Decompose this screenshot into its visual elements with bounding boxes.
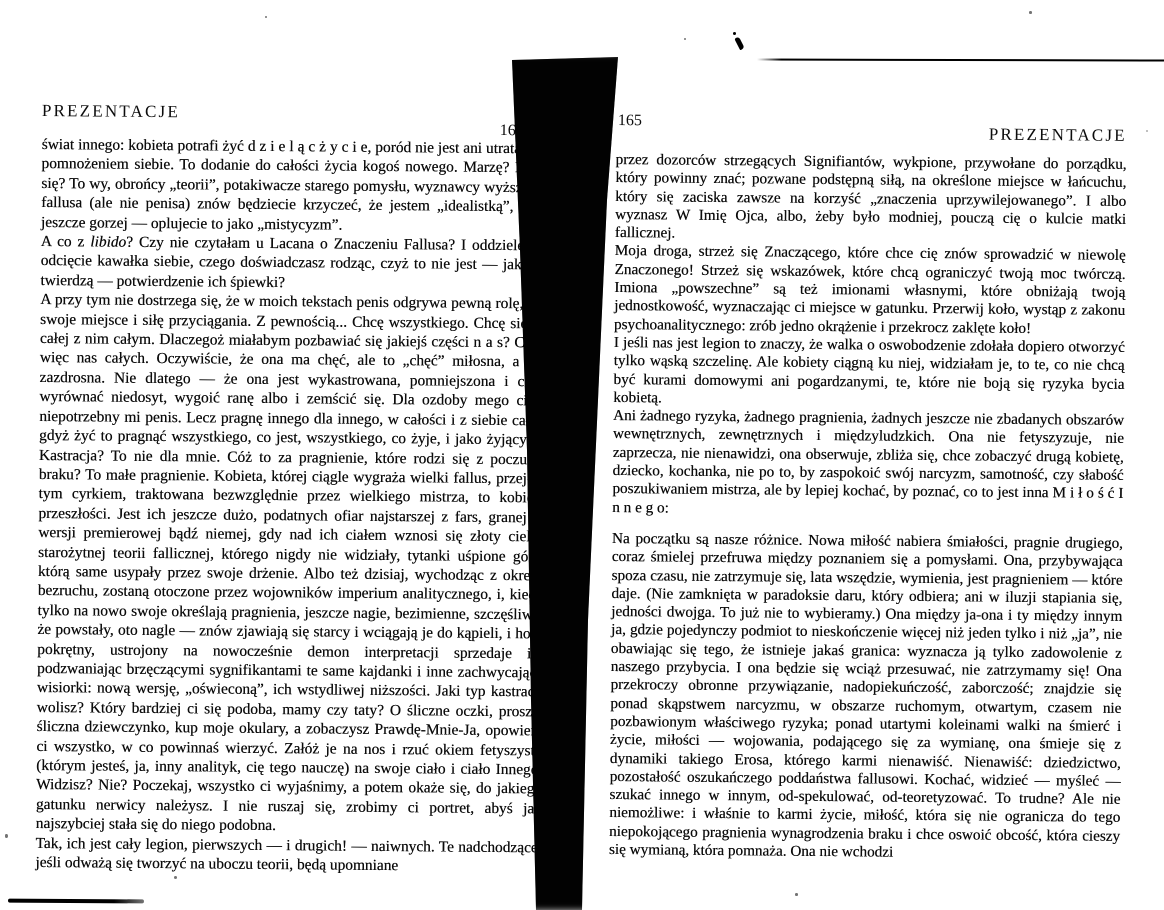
scan-speck	[1029, 11, 1032, 14]
scan-speck	[795, 893, 798, 896]
italic-term-libido: libido	[90, 233, 126, 250]
scan-artifact-line-bottom	[8, 899, 144, 903]
scan-speck	[684, 38, 686, 40]
right-page-header-row: 165 PREZENTACJE	[616, 112, 1127, 141]
ink-mark	[734, 37, 744, 51]
paragraph: I jeśli nas jest legion to znaczy, że wa…	[613, 334, 1125, 412]
scan-speck	[5, 834, 8, 838]
left-page-number: 16	[500, 122, 516, 140]
ink-mark-dot	[733, 32, 736, 35]
paragraph-text: A co z	[41, 233, 91, 250]
right-page: 165 PREZENTACJE przez dozorców strzegący…	[609, 112, 1127, 864]
left-page: PREZENTACJE 16 świat innego: kobieta pot…	[35, 101, 548, 877]
scan-speck	[265, 16, 267, 18]
paragraph: Na początku są nasze różnice. Nowa miłoś…	[609, 530, 1123, 864]
left-running-header: PREZENTACJE	[42, 101, 548, 125]
paragraph: Tak, ich jest cały legion, pierwszych — …	[35, 834, 541, 877]
scan-speck	[174, 876, 177, 879]
paragraph: przez dozorców strzegących Signifiantów,…	[615, 151, 1127, 247]
paragraph: A przy tym nie dostrzega się, że w moich…	[36, 290, 547, 838]
paragraph: świat innego: kobieta potrafi żyć d z i …	[41, 135, 548, 236]
left-page-text: świat innego: kobieta potrafi żyć d z i …	[35, 135, 547, 877]
right-running-header: PREZENTACJE	[989, 125, 1127, 146]
right-page-number: 165	[618, 112, 642, 130]
right-page-text: przez dozorców strzegących Signifiantów,…	[609, 151, 1127, 864]
scanned-book-spread: { "colors": { "ink": "#0c0c0c", "paper":…	[0, 0, 1164, 910]
paragraph: Ani żadnego ryzyka, żadnego pragnienia, …	[612, 407, 1124, 522]
scan-speck	[1146, 130, 1148, 132]
paragraph: Moja droga, strzeż się Znaczącego, które…	[614, 242, 1126, 338]
scan-artifact-line-top	[757, 58, 1164, 61]
scan-speck	[918, 160, 920, 162]
paragraph: A co z libido? Czy nie czytałam u Lacana…	[40, 232, 546, 295]
